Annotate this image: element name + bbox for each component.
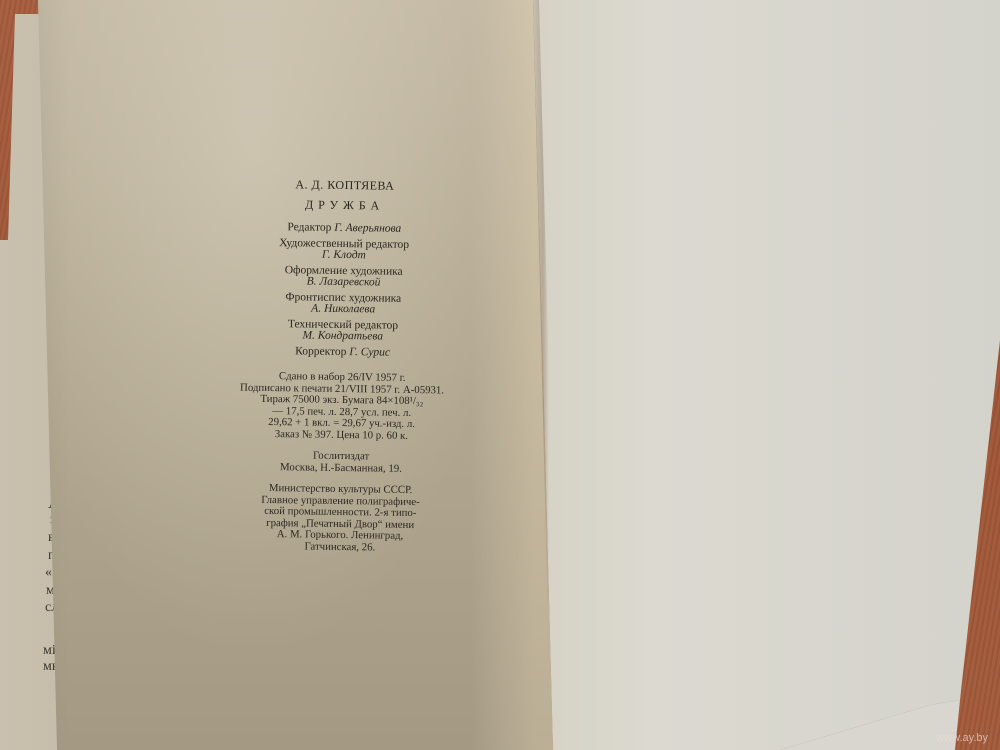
print-details: Сдано в набор 26/IV 1957 г. Подписано к … <box>196 370 487 443</box>
credit-role: Корректор <box>295 345 346 358</box>
imprint-block: А. Д. КОПТЯЕВА ДРУЖБА Редактор Г. Аверья… <box>195 178 490 555</box>
book-title: ДРУЖБА <box>200 197 490 213</box>
credit-frontispiece: Фронтиспис художника А. Николаева <box>198 290 488 317</box>
credit-art-editor: Художественный редактор Г. Клодт <box>199 236 489 263</box>
credit-tech-editor: Технический редактор М. Кондратьева <box>198 317 488 344</box>
credit-role: Редактор <box>287 221 331 234</box>
printer-info: Министерство культуры СССР. Главное упра… <box>195 482 486 555</box>
under-fragment: мі <box>43 644 56 658</box>
watermark-text: www.ay.by <box>936 732 988 744</box>
credit-design: Оформление художника В. Лазаревской <box>198 263 488 290</box>
credit-person: Г. Аверьянова <box>334 222 401 235</box>
credit-person: Г. Сурис <box>349 346 390 359</box>
credit-editor: Редактор Г. Аверьянова <box>199 221 489 237</box>
credit-proofreader: Корректор Г. Сурис <box>198 344 488 360</box>
